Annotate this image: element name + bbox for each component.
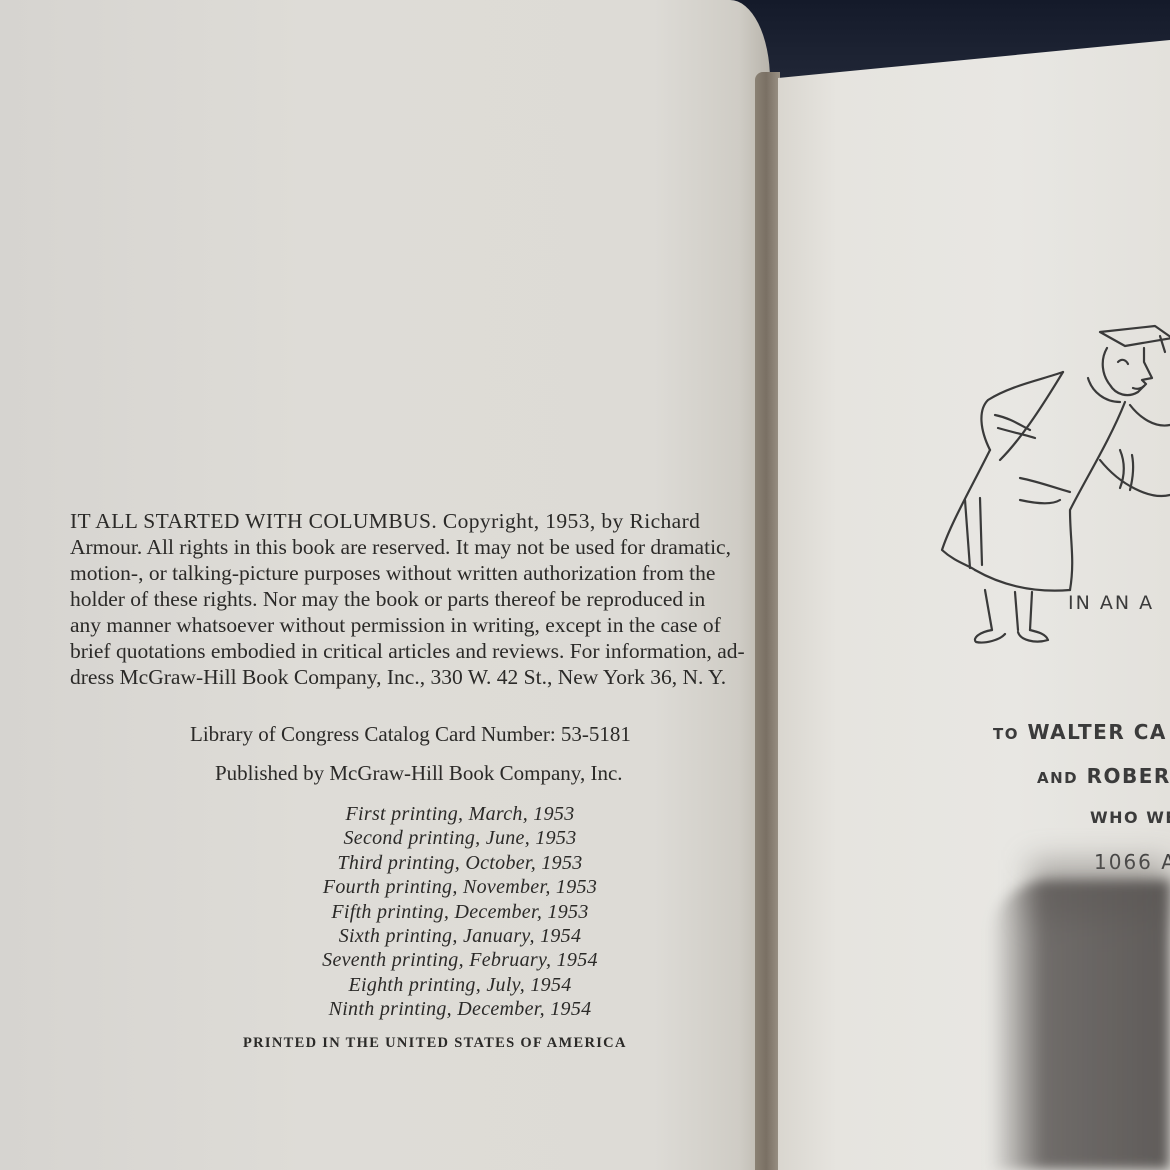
dedication-prefix: AND [1037, 769, 1078, 787]
dedication-line: WHO WE [1090, 808, 1170, 827]
dedication-name: ROBER [1087, 764, 1170, 788]
printing-entry: Third printing, October, 1953 [260, 851, 660, 875]
dedication-line: AND ROBER [1037, 764, 1170, 788]
printing-entry: Second printing, June, 1953 [260, 826, 660, 850]
publisher-line: Published by McGraw-Hill Book Company, I… [215, 761, 623, 786]
printing-entry: Eighth printing, July, 1954 [260, 973, 660, 997]
copyright-line: holder of these rights. Nor may the book… [70, 586, 770, 612]
dedication-line: TO WALTER CA [993, 720, 1167, 744]
printing-entry: First printing, March, 1953 [260, 802, 660, 826]
copyright-line: brief quotations embodied in critical ar… [70, 638, 770, 664]
printing-entry: Seventh printing, February, 1954 [260, 948, 660, 972]
left-page: IT ALL STARTED WITH COLUMBUS. Copyright,… [0, 0, 770, 1170]
printing-entry: Fourth printing, November, 1953 [260, 875, 660, 899]
hand-shadow [990, 880, 1170, 1170]
copyright-line: motion-, or talking-picture purposes wit… [70, 560, 770, 586]
printing-entry: Fifth printing, December, 1953 [260, 900, 660, 924]
illustration-caption: IN AN A [1068, 592, 1154, 614]
copyright-line: IT ALL STARTED WITH COLUMBUS. Copyright,… [70, 508, 770, 534]
dedication-prefix: TO [993, 725, 1019, 743]
catalog-card-number: Library of Congress Catalog Card Number:… [190, 722, 631, 747]
copyright-notice: IT ALL STARTED WITH COLUMBUS. Copyright,… [70, 508, 770, 690]
copyright-line: any manner whatsoever without permission… [70, 612, 770, 638]
copyright-line: Armour. All rights in this book are rese… [70, 534, 770, 560]
printing-entry: Ninth printing, December, 1954 [260, 997, 660, 1021]
book-gutter [755, 72, 780, 1170]
printing-entry: Sixth printing, January, 1954 [260, 924, 660, 948]
dedication-name: WALTER CA [1027, 720, 1166, 744]
printed-in-notice: PRINTED IN THE UNITED STATES OF AMERICA [243, 1035, 627, 1052]
copyright-line: dress McGraw-Hill Book Company, Inc., 33… [70, 664, 770, 690]
printing-history: First printing, March, 1953 Second print… [260, 802, 660, 1022]
